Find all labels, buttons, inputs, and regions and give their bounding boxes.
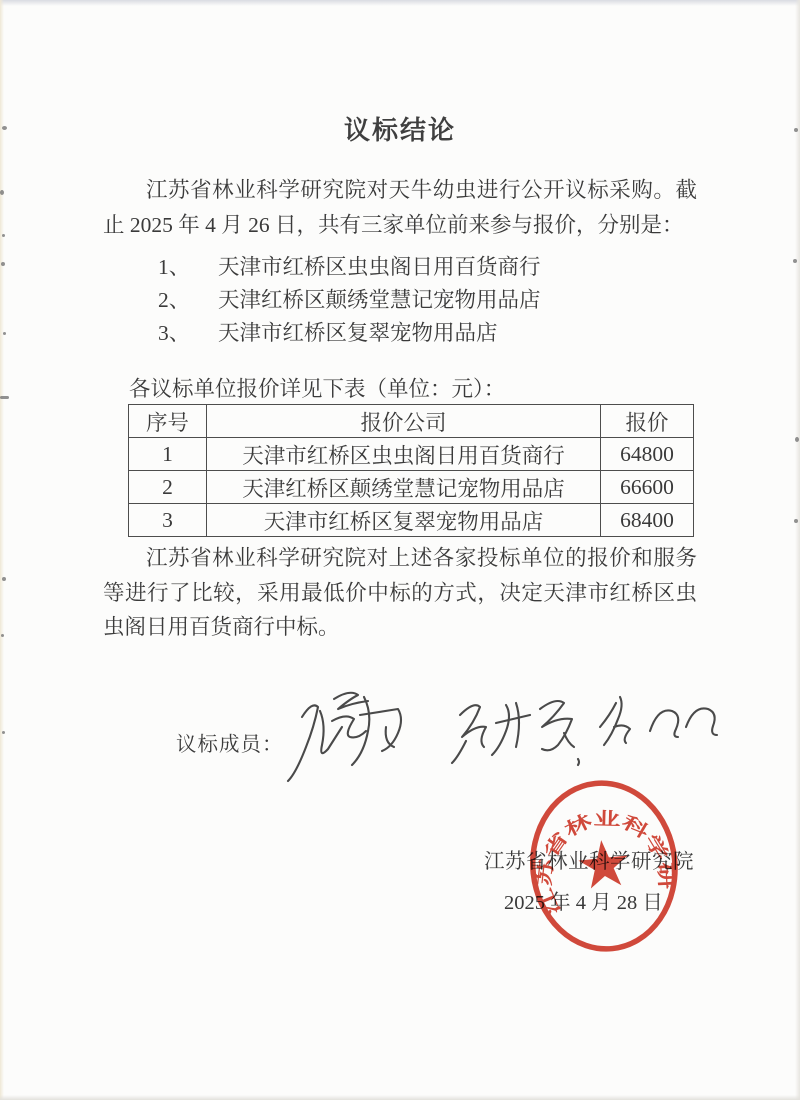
cell-no: 1	[129, 438, 207, 471]
bidder-number: 1、	[158, 251, 218, 284]
conclusion-paragraph: 江苏省林业科学研究院对上述各家投标单位的报价和服务等进行了比较，采用最低价中标的…	[103, 541, 697, 645]
scan-speck	[2, 234, 5, 237]
cell-price: 66600	[601, 471, 694, 504]
scan-edge-left	[0, 0, 4, 1100]
header-cell-no: 序号	[129, 405, 207, 438]
header-cell-company: 报价公司	[207, 405, 601, 438]
bidder-name: 天津市红桥区复翠宠物用品店	[218, 317, 498, 350]
handwritten-signature-1	[288, 693, 401, 781]
handwritten-signature-2	[452, 701, 579, 765]
scan-edge-top	[0, 0, 800, 6]
handwritten-signature-3	[600, 697, 717, 745]
svg-text:江苏省林业科学研究院: 江苏省林业科学研究院	[517, 770, 679, 921]
bidder-item: 2、 天津红桥区颠绣堂慧记宠物用品店	[158, 284, 698, 317]
seal-text: 江苏省林业科学研究院	[517, 770, 679, 921]
scan-speck	[794, 519, 798, 523]
header-cell-price: 报价	[601, 405, 694, 438]
scan-speck	[1, 634, 4, 637]
bidder-list: 1、 天津市红桥区虫虫阁日用百货商行 2、 天津红桥区颠绣堂慧记宠物用品店 3、…	[158, 251, 698, 350]
table-row: 1 天津市红桥区虫虫阁日用百货商行 64800	[129, 438, 694, 471]
quote-table-caption: 各议标单位报价详见下表（单位：元）：	[129, 372, 505, 403]
table-row: 2 天津红桥区颠绣堂慧记宠物用品店 66600	[129, 471, 694, 504]
scanned-document-page: 议标结论 江苏省林业科学研究院对天牛幼虫进行公开议标采购。截止 2025 年 4…	[0, 0, 800, 1100]
bidder-number: 3、	[158, 317, 218, 350]
quote-table: 序号 报价公司 报价 1 天津市红桥区虫虫阁日用百货商行 64800 2 天津红…	[128, 404, 694, 537]
scan-speck	[1, 262, 5, 266]
table-row: 3 天津市红桥区复翠宠物用品店 68400	[129, 504, 694, 537]
bidder-number: 2、	[158, 284, 218, 317]
scan-speck	[795, 437, 799, 442]
bidder-item: 3、 天津市红桥区复翠宠物用品店	[158, 317, 698, 350]
scan-edge-right	[795, 0, 800, 1100]
bidder-name: 天津市红桥区虫虫阁日用百货商行	[218, 251, 541, 284]
official-seal: 江苏省林业科学研究院	[517, 770, 691, 963]
cell-no: 2	[129, 471, 207, 504]
cell-company: 天津市红桥区复翠宠物用品店	[207, 504, 601, 537]
scan-speck	[2, 577, 6, 581]
cell-price: 64800	[601, 438, 694, 471]
cell-company: 天津红桥区颠绣堂慧记宠物用品店	[207, 471, 601, 504]
scan-edge-bottom	[0, 1095, 800, 1100]
bidder-item: 1、 天津市红桥区虫虫阁日用百货商行	[158, 251, 698, 284]
cell-price: 68400	[601, 504, 694, 537]
scan-speck	[2, 731, 5, 734]
handwritten-signatures	[268, 675, 748, 795]
intro-paragraph: 江苏省林业科学研究院对天牛幼虫进行公开议标采购。截止 2025 年 4 月 26…	[103, 173, 697, 242]
seal-star	[577, 838, 631, 890]
scan-speck	[3, 332, 6, 335]
cell-company: 天津市红桥区虫虫阁日用百货商行	[207, 438, 601, 471]
bidder-name: 天津红桥区颠绣堂慧记宠物用品店	[218, 284, 541, 317]
table-header-row: 序号 报价公司 报价	[129, 405, 694, 438]
scan-speck	[0, 396, 9, 399]
document-title: 议标结论	[0, 110, 800, 147]
scan-speck	[0, 190, 4, 195]
scan-speck	[793, 259, 797, 263]
cell-no: 3	[129, 504, 207, 537]
